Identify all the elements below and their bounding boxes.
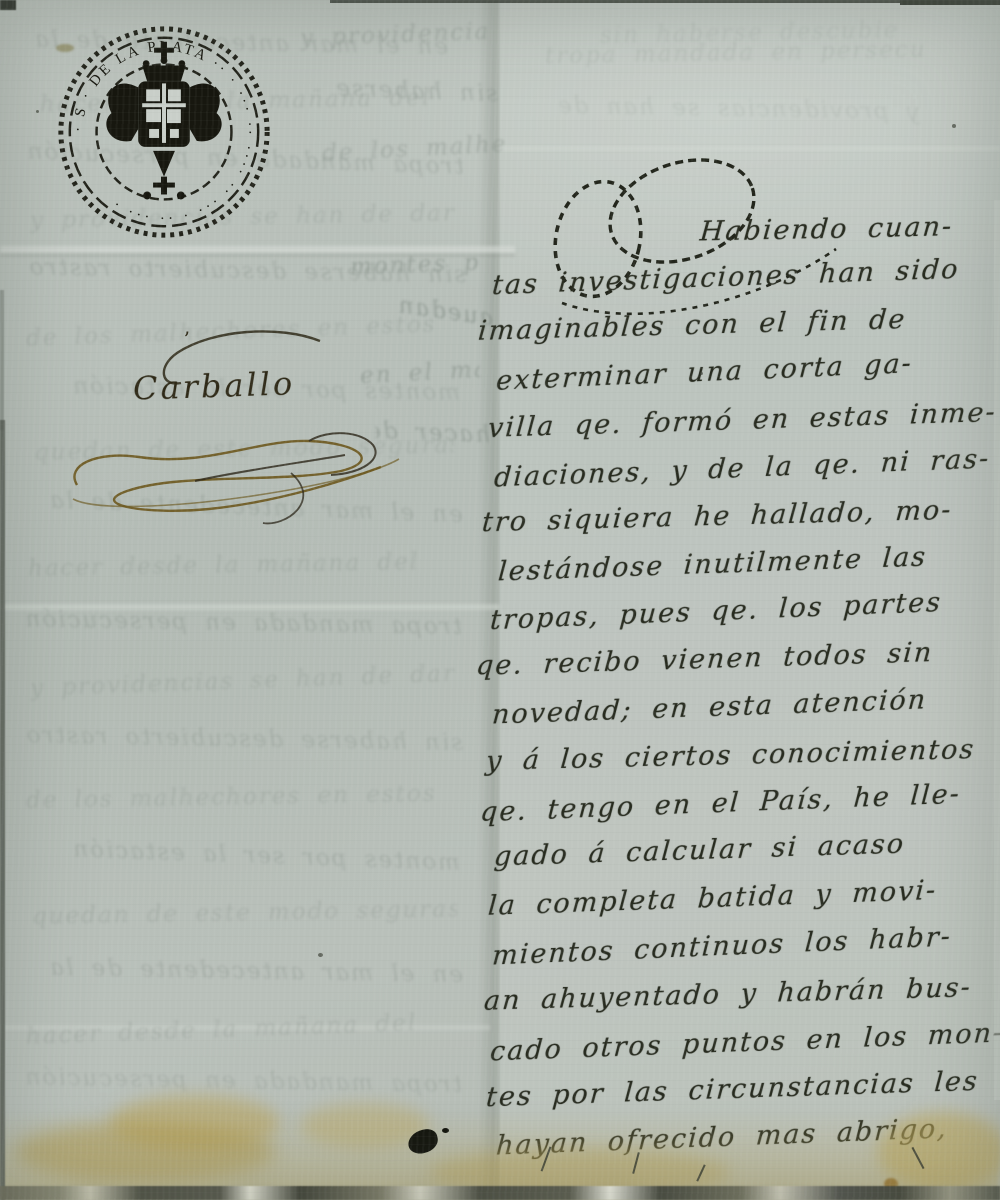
manuscript-line: cado otros puntos en los mon- [489,1017,1000,1067]
edge-left-strip [0,420,5,1200]
paper-speck [952,124,956,128]
manuscript-line: novedad; en esta atención [491,684,928,730]
stain-blob [15,1122,275,1182]
manuscript-line: tropas, pues qe. los partes [489,587,943,636]
manuscript-line: gado á calcular si acaso [493,829,906,873]
edge-bottom-mottled-strip [0,1186,1000,1200]
manuscript-line: Habiendo cuan- [699,211,955,247]
manuscript-line: y á los ciertos conocimientos [485,734,977,777]
manuscript-line: la completa batida y movi- [487,875,938,922]
manuscript-line: an ahuyentado y habrán bus- [483,972,973,1017]
manuscript-line: diaciones, y de la qe. ni ras- [493,443,991,493]
paper-speck [36,110,39,113]
paper-speck [318,953,323,957]
edge-top-left-corner [0,0,16,10]
manuscript-line: qe. recibo vienen todos sin [475,637,935,682]
edge-right-light [994,200,1000,1100]
manuscript-line: tes por las circunstancias les [485,1066,980,1113]
manuscript-line: villa qe. formó en estas inme- [487,397,998,444]
manuscript-page: en el mar antecedente de lahacer desde l… [0,0,1000,1200]
edge-top-right-dark [900,0,1000,5]
manuscript-text: Habiendo cuan-tas investigaciones han si… [0,0,1000,1200]
manuscript-line: exterminar una corta ga- [495,349,914,398]
manuscript-line: qe. tengo en el País, he lle- [479,778,962,828]
ink-blot-satellite [442,1128,449,1133]
paper-speck [700,372,703,375]
manuscript-line: tas investigaciones han sido [491,254,961,301]
manuscript-line: mientos continuos los habr- [491,921,953,971]
manuscript-line: tro siquiera he hallado, mo- [481,495,954,538]
stain-olive-speck [56,44,74,52]
manuscript-line: lestándose inutilmente las [497,541,928,587]
manuscript-line: imaginables con el fin de [477,304,908,347]
edge-left-strip-faint [0,290,4,430]
